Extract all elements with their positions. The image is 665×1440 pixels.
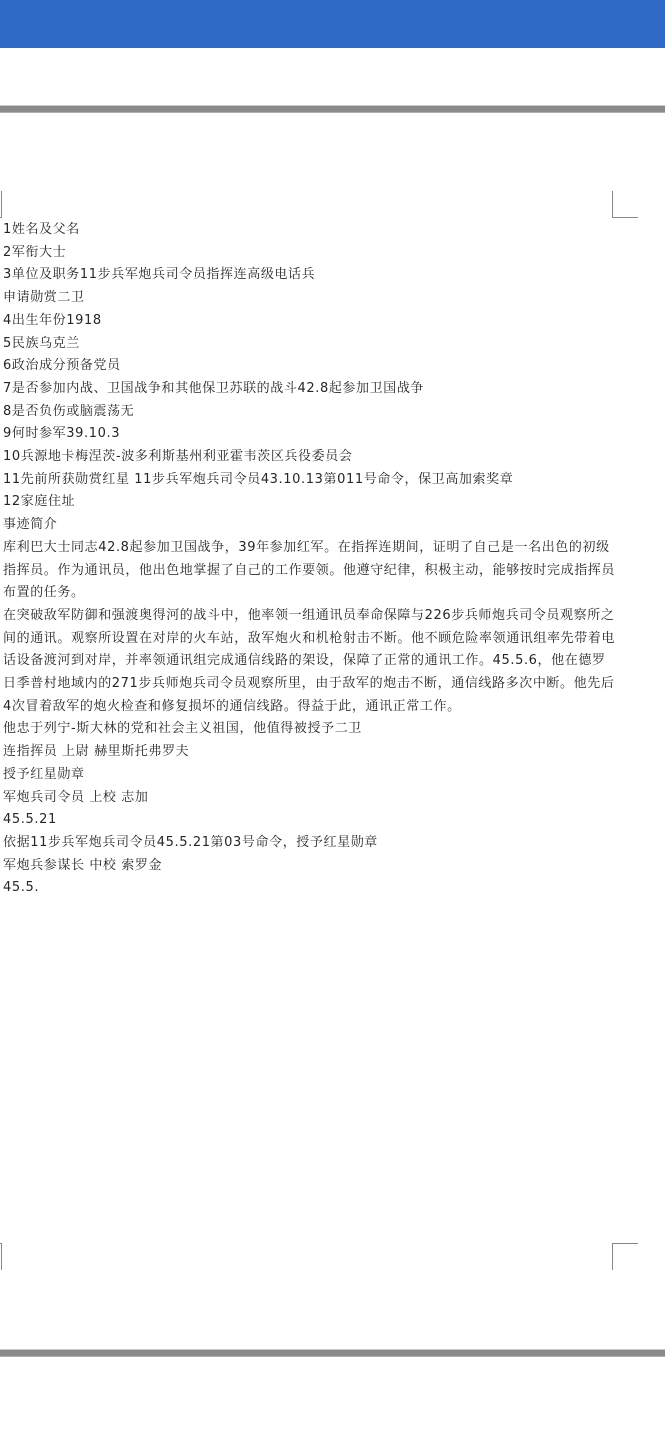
- signature-artillery-commander: 军炮兵司令员 上校 志加: [3, 787, 623, 810]
- conclusion-line: 他忠于列宁-斯大林的党和社会主义祖国，他值得被授予二卫: [3, 718, 623, 741]
- page-separator-bottom: [0, 1349, 665, 1357]
- summary-paragraph-1: 库利巴大士同志42.8起参加卫国战争，39年参加红军。在指挥连期间，证明了自己是…: [3, 537, 617, 605]
- document-body: 1姓名及父名 2军衔大士 3单位及职务11步兵军炮兵司令员指挥连高级电话兵 申请…: [3, 219, 623, 900]
- field-previous-awards: 11先前所获勋赏红星 11步兵军炮兵司令员43.10.13第011号命令，保卫高…: [3, 469, 623, 492]
- crop-mark-bottom-right: [612, 1243, 638, 1270]
- summary-paragraph-2: 在突破敌军防御和强渡奥得河的战斗中，他率领一组通讯员奉命保障与226步兵师炮兵司…: [3, 605, 617, 719]
- field-home-address: 12家庭住址: [3, 491, 623, 514]
- field-birth-year: 4出生年份1918: [3, 310, 623, 333]
- crop-mark-top-right: [612, 191, 638, 218]
- field-rank: 2军衔大士: [3, 242, 623, 265]
- signature-date-2: 45.5.: [3, 877, 623, 900]
- field-enlistment-date: 9何时参军39.10.3: [3, 423, 623, 446]
- field-award-requested: 申请勋赏二卫: [3, 287, 623, 310]
- field-party-status: 6政治成分预备党员: [3, 355, 623, 378]
- field-unit-position: 3单位及职务11步兵军炮兵司令员指挥连高级电话兵: [3, 264, 623, 287]
- crop-mark-top-left: [0, 191, 2, 218]
- order-reference: 依据11步兵军炮兵司令员45.5.21第03号命令，授予红星勋章: [3, 832, 623, 855]
- signature-chief-of-staff: 军炮兵参谋长 中校 索罗金: [3, 855, 623, 878]
- signature-company-commander: 连指挥员 上尉 赫里斯托弗罗夫: [3, 741, 623, 764]
- section-heading-summary: 事迹简介: [3, 514, 623, 537]
- field-draft-office: 10兵源地卡梅涅茨-波多利斯基州利亚霍韦茨区兵役委员会: [3, 446, 623, 469]
- page-separator-top: [0, 105, 665, 113]
- award-decision: 授予红星勋章: [3, 764, 623, 787]
- field-wounds: 8是否负伤或脑震荡无: [3, 401, 623, 424]
- crop-mark-bottom-left: [0, 1243, 2, 1270]
- field-war-participation: 7是否参加内战、卫国战争和其他保卫苏联的战斗42.8起参加卫国战争: [3, 378, 623, 401]
- signature-date-1: 45.5.21: [3, 809, 623, 832]
- app-header-bar: [0, 0, 665, 48]
- field-name: 1姓名及父名: [3, 219, 623, 242]
- field-nationality: 5民族乌克兰: [3, 333, 623, 356]
